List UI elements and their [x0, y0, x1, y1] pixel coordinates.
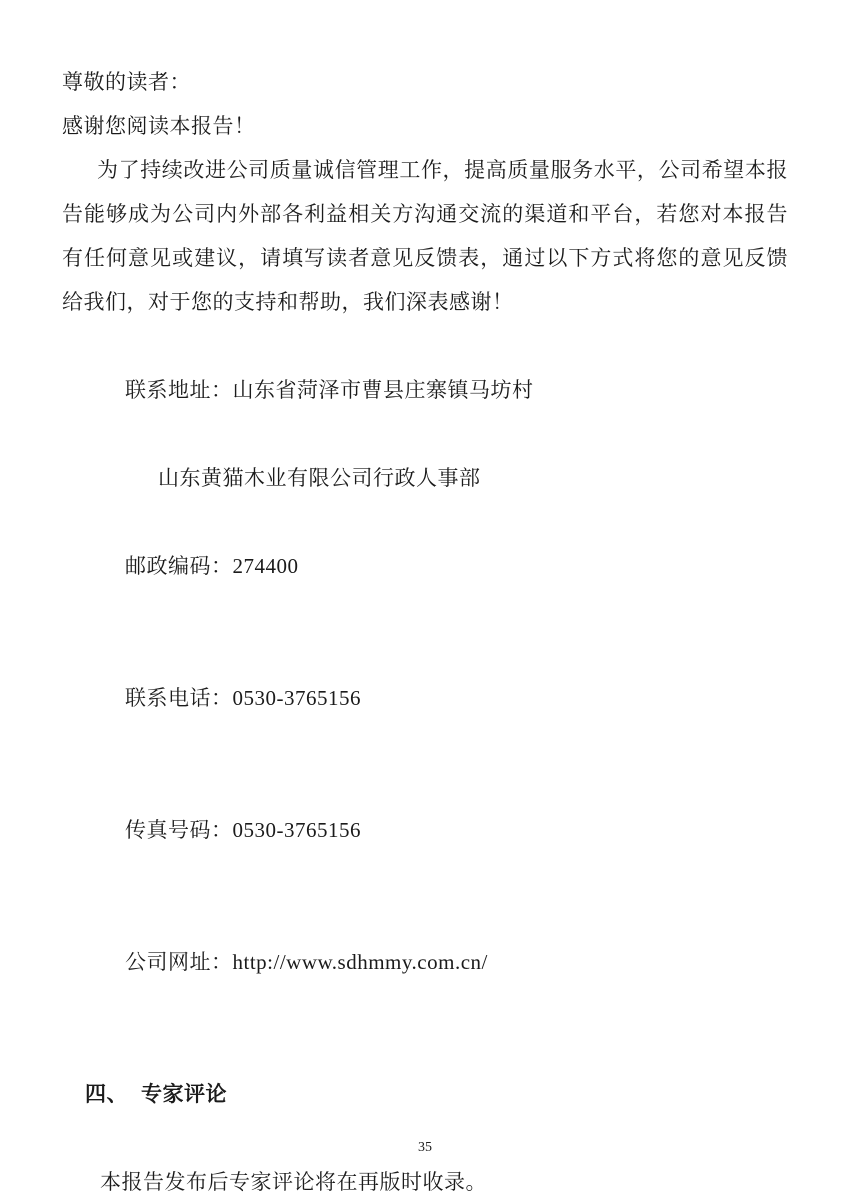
contact-postal-line: 邮政编码：274400 [62, 500, 788, 632]
section-heading-number: 四、 [85, 1082, 128, 1106]
salutation-line: 尊敬的读者： [62, 60, 788, 104]
document-page: { "document": { "salutation": "尊敬的读者：", … [0, 0, 850, 1202]
phone-label: 联系电话： [125, 686, 233, 710]
section-body: 本报告发布后专家评论将在再版时收录。 [62, 1160, 788, 1202]
fax-label: 传真号码： [125, 818, 233, 842]
postal-code-value: 274400 [233, 554, 299, 578]
contact-address-line: 联系地址：山东省菏泽市曹县庄寨镇马坊村 [62, 324, 788, 456]
fax-value: 0530-3765156 [233, 818, 362, 842]
contact-address-value: 山东省菏泽市曹县庄寨镇马坊村 [233, 378, 534, 402]
thanks-line: 感谢您阅读本报告！ [62, 104, 788, 148]
contact-website-line: 公司网址：http://www.sdhmmy.com.cn/ [62, 896, 788, 1028]
contact-phone-line: 联系电话：0530-3765156 [62, 632, 788, 764]
page-number: 35 [0, 1139, 850, 1157]
section-heading-title: 专家评论 [141, 1082, 227, 1106]
postal-code-label: 邮政编码： [125, 554, 233, 578]
contact-fax-line: 传真号码：0530-3765156 [62, 764, 788, 896]
contact-address-label: 联系地址： [125, 378, 233, 402]
website-label: 公司网址： [125, 950, 233, 974]
website-url: http://www.sdhmmy.com.cn/ [233, 950, 488, 974]
page-content: 尊敬的读者： 感谢您阅读本报告！ 为了持续改进公司质量诚信管理工作，提高质量服务… [62, 60, 788, 1202]
phone-value: 0530-3765156 [233, 686, 362, 710]
body-paragraph: 为了持续改进公司质量诚信管理工作，提高质量服务水平，公司希望本报告能够成为公司内… [62, 148, 788, 324]
contact-address-dept-line: 山东黄猫木业有限公司行政人事部 [62, 456, 788, 500]
